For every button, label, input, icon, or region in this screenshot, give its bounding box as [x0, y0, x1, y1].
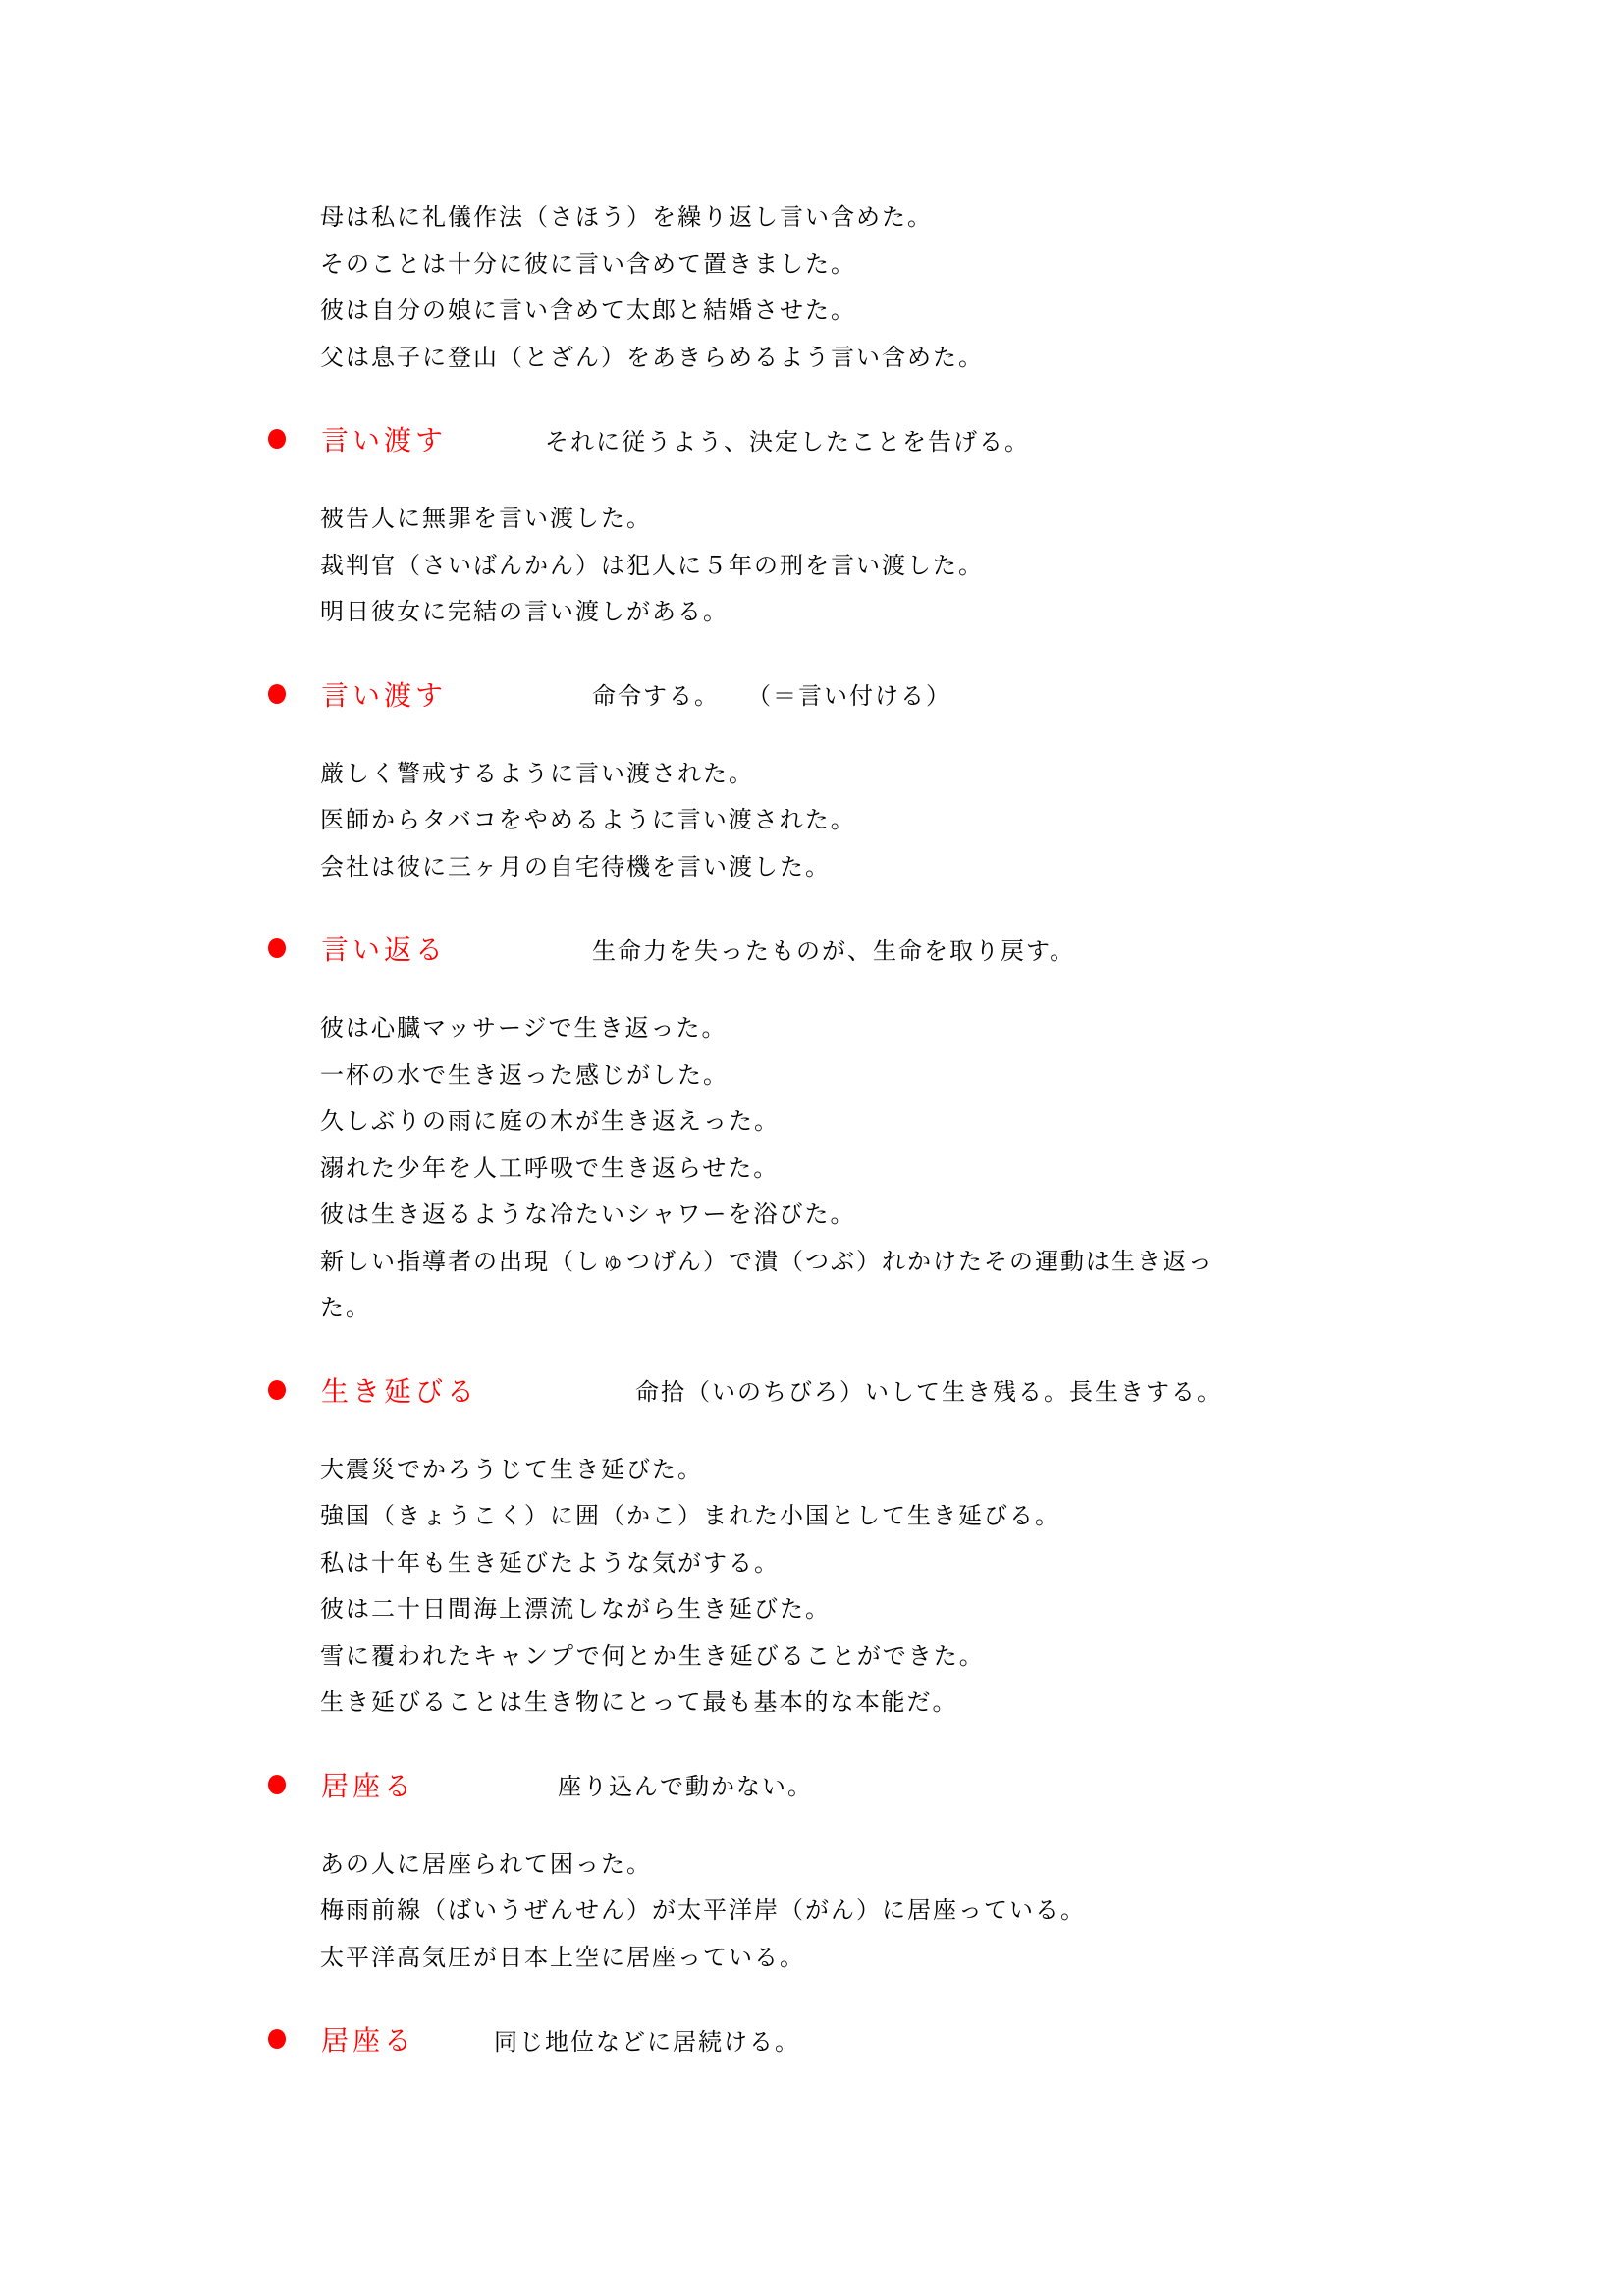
sections: 言い渡すそれに従うよう、決定したことを告げる。被告人に無罪を言い渡した。裁判官（… — [320, 414, 1597, 2063]
example-sentence: 私は十年も生き延びたような気がする。 — [320, 1540, 1597, 1587]
intro-examples: 母は私に礼儀作法（さほう）を繰り返し言い含めた。そのことは十分に彼に言い含めて置… — [320, 194, 1597, 381]
example-list: 厳しく警戒するように言い渡された。医師からタバコをやめるように言い渡された。会社… — [320, 751, 1597, 891]
entry-term: 居座る — [321, 1765, 415, 1804]
entry-heading: 生き延びる命拾（いのちびろ）いして生き残る。長生きする。 — [268, 1365, 1597, 1415]
document-page: 母は私に礼儀作法（さほう）を繰り返し言い含めた。そのことは十分に彼に言い含めて置… — [0, 0, 1624, 2296]
entry-term: 生き延びる — [321, 1370, 478, 1410]
bullet-icon — [268, 1380, 286, 1400]
bullet-icon — [268, 1775, 286, 1794]
example-sentence: 一杯の水で生き返った感じがした。 — [320, 1052, 1597, 1099]
example-sentence: 雪に覆われたキャンプで何とか生き延びることができた。 — [320, 1633, 1597, 1681]
example-sentence: た。 — [320, 1285, 1597, 1332]
example-sentence: 大震災でかろうじて生き延びた。 — [320, 1447, 1597, 1494]
dictionary-entry: 言い返る生命力を失ったものが、生命を取り戻す。彼は心臓マッサージで生き返った。一… — [320, 924, 1597, 1332]
example-sentence: 厳しく警戒するように言い渡された。 — [320, 751, 1597, 798]
bullet-icon — [268, 2029, 286, 2049]
dictionary-entry: 居座る同じ地位などに居続ける。 — [320, 2014, 1597, 2063]
example-sentence: 父は息子に登山（とざん）をあきらめるよう言い含めた。 — [320, 335, 1597, 382]
example-sentence: 溺れた少年を人工呼吸で生き返らせた。 — [320, 1146, 1597, 1193]
entry-definition: 座り込んで動かない。 — [558, 1767, 813, 1801]
example-sentence: 梅雨前線（ばいうぜんせん）が太平洋岸（がん）に居座っている。 — [320, 1888, 1597, 1935]
example-list: あの人に居座られて困った。梅雨前線（ばいうぜんせん）が太平洋岸（がん）に居座って… — [320, 1842, 1597, 1982]
bullet-icon — [268, 684, 286, 704]
dictionary-entry: 居座る座り込んで動かない。あの人に居座られて困った。梅雨前線（ばいうぜんせん）が… — [320, 1760, 1597, 1982]
example-sentence: 被告人に無罪を言い渡した。 — [320, 496, 1597, 543]
entry-heading: 言い渡す命令する。 （＝言い付ける） — [268, 669, 1597, 719]
example-sentence: 太平洋高気圧が日本上空に居座っている。 — [320, 1935, 1597, 1982]
entry-definition: 同じ地位などに居続ける。 — [494, 2022, 800, 2056]
dictionary-entry: 生き延びる命拾（いのちびろ）いして生き残る。長生きする。大震災でかろうじて生き延… — [320, 1365, 1597, 1727]
entry-term: 言い返る — [321, 929, 447, 968]
example-sentence: 彼は二十日間海上漂流しながら生き延びた。 — [320, 1586, 1597, 1633]
example-sentence: 強国（きょうこく）に囲（かこ）まれた小国として生き延びる。 — [320, 1493, 1597, 1540]
entry-heading: 言い返る生命力を失ったものが、生命を取り戻す。 — [268, 924, 1597, 973]
entry-heading: 言い渡すそれに従うよう、決定したことを告げる。 — [268, 414, 1597, 463]
example-list: 大震災でかろうじて生き延びた。強国（きょうこく）に囲（かこ）まれた小国として生き… — [320, 1447, 1597, 1727]
example-sentence: 医師からタバコをやめるように言い渡された。 — [320, 797, 1597, 844]
entry-heading: 居座る同じ地位などに居続ける。 — [268, 2014, 1597, 2063]
example-sentence: 彼は自分の娘に言い含めて太郎と結婚させた。 — [320, 288, 1597, 335]
example-sentence: 久しぶりの雨に庭の木が生き返えった。 — [320, 1098, 1597, 1146]
example-list: 被告人に無罪を言い渡した。裁判官（さいばんかん）は犯人に５年の刑を言い渡した。明… — [320, 496, 1597, 636]
dictionary-entry: 言い渡す命令する。 （＝言い付ける）厳しく警戒するように言い渡された。医師からタ… — [320, 669, 1597, 891]
example-sentence: 生き延びることは生き物にとって最も基本的な本能だ。 — [320, 1680, 1597, 1727]
bullet-icon — [268, 429, 286, 449]
entry-definition: 生命力を失ったものが、生命を取り戻す。 — [592, 932, 1075, 966]
dictionary-entry: 言い渡すそれに従うよう、決定したことを告げる。被告人に無罪を言い渡した。裁判官（… — [320, 414, 1597, 636]
entry-term: 言い渡す — [321, 674, 447, 714]
example-sentence: 会社は彼に三ヶ月の自宅待機を言い渡した。 — [320, 844, 1597, 891]
example-sentence: 裁判官（さいばんかん）は犯人に５年の刑を言い渡した。 — [320, 543, 1597, 590]
entry-term: 言い渡す — [321, 419, 447, 458]
entry-definition: 命令する。 （＝言い付ける） — [592, 676, 951, 711]
example-sentence: 母は私に礼儀作法（さほう）を繰り返し言い含めた。 — [320, 194, 1597, 241]
example-sentence: 彼は心臓マッサージで生き返った。 — [320, 1005, 1597, 1052]
example-list: 彼は心臓マッサージで生き返った。一杯の水で生き返った感じがした。久しぶりの雨に庭… — [320, 1005, 1597, 1332]
example-sentence: 新しい指導者の出現（しゅつげん）で潰（つぶ）れかけたその運動は生き返っ — [320, 1239, 1597, 1286]
entry-term: 居座る — [321, 2019, 415, 2058]
bullet-icon — [268, 938, 286, 958]
example-sentence: あの人に居座られて困った。 — [320, 1842, 1597, 1889]
entry-heading: 居座る座り込んで動かない。 — [268, 1760, 1597, 1809]
example-sentence: 明日彼女に完結の言い渡しがある。 — [320, 589, 1597, 636]
document-content: 母は私に礼儀作法（さほう）を繰り返し言い含めた。そのことは十分に彼に言い含めて置… — [320, 194, 1597, 2096]
example-sentence: そのことは十分に彼に言い含めて置きました。 — [320, 241, 1597, 289]
entry-definition: それに従うよう、決定したことを告げる。 — [545, 422, 1030, 456]
example-sentence: 彼は生き返るような冷たいシャワーを浴びた。 — [320, 1192, 1597, 1239]
entry-definition: 命拾（いのちびろ）いして生き残る。長生きする。 — [635, 1372, 1222, 1407]
